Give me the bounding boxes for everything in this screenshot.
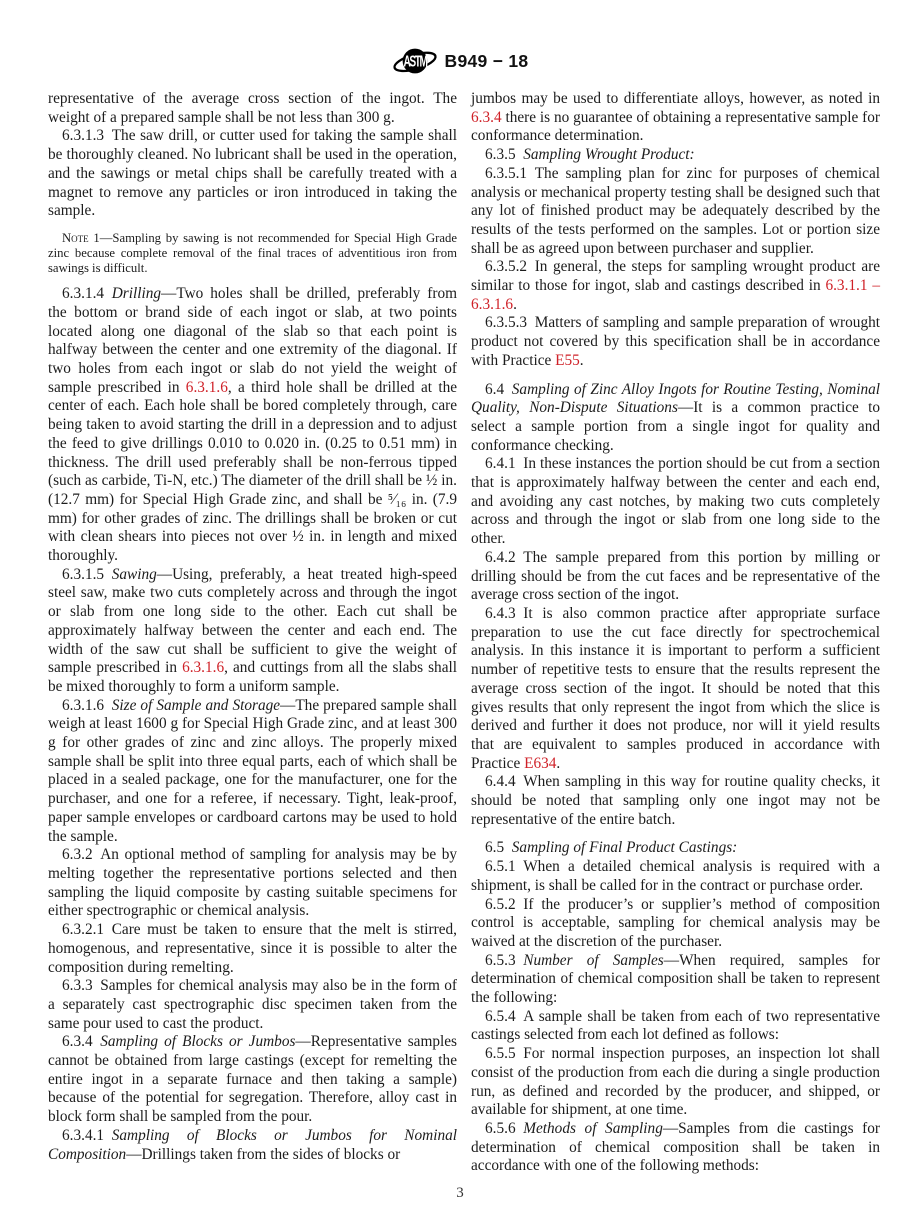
body-text: 6.5	[485, 839, 512, 856]
body-text: 6.5.1 When a detailed chemical analysis …	[471, 858, 880, 894]
paragraph: 6.5.5 For normal inspection purposes, an…	[471, 1045, 880, 1120]
paragraph: 6.3.1.6 Size of Sample and Storage—The p…	[48, 697, 457, 847]
body-text: 6.3.5.3 Matters of sampling and sample p…	[471, 314, 880, 368]
body-text: 6.3.1.5	[62, 566, 112, 583]
cross-reference-link[interactable]: E55	[555, 352, 580, 369]
paragraph: 6.5.3 Number of Samples—When required, s…	[471, 952, 880, 1008]
paragraph: 6.3.4 Sampling of Blocks or Jumbos—Repre…	[48, 1033, 457, 1127]
body-text: —Sampling by sawing is not recommended f…	[48, 231, 457, 275]
section-title-text: Number of Samples	[523, 952, 664, 969]
paragraph: 6.4.4 When sampling in this way for rout…	[471, 773, 880, 829]
section-title-text: Sawing	[112, 566, 157, 583]
paragraph: 6.3.1.3 The saw drill, or cutter used fo…	[48, 127, 457, 221]
body-text: representative of the average cross sect…	[48, 90, 457, 126]
paragraph: 6.3.5 Sampling Wrought Product:	[471, 146, 880, 165]
body-text: Note 1	[62, 231, 100, 245]
section-title-text: Sampling Wrought Product:	[523, 146, 694, 163]
body-text: 6.3.1.3 The saw drill, or cutter used fo…	[48, 127, 457, 219]
paragraph: 6.4.1 In these instances the portion sho…	[471, 455, 880, 549]
body-text: 6.4.3 It is also common practice after a…	[471, 605, 880, 772]
body-text: jumbos may be used to differentiate allo…	[471, 90, 880, 107]
body-text: 6.4.2 The sample prepared from this port…	[471, 549, 880, 603]
body-text: .	[513, 296, 517, 313]
body-text: 6.4.4 When sampling in this way for rout…	[471, 773, 880, 827]
body-text: there is no guarantee of obtaining a rep…	[471, 109, 880, 145]
paragraph: 6.3.2 An optional method of sampling for…	[48, 846, 457, 921]
section-title-text: Sampling of Final Product Castings:	[512, 839, 738, 856]
body-text: 6.5.5 For normal inspection purposes, an…	[471, 1045, 880, 1118]
body-text: 6.3.5.2 In general, the steps for sampli…	[471, 258, 880, 294]
paragraph: 6.4.2 The sample prepared from this port…	[471, 549, 880, 605]
page-header: ASTM B949 − 18	[0, 40, 920, 82]
paragraph: 6.4.3 It is also common practice after a…	[471, 605, 880, 773]
page-number: 3	[0, 1185, 920, 1202]
body-text: 6.3.2 An optional method of sampling for…	[48, 846, 457, 919]
paragraph: 6.3.1.4 Drilling—Two holes shall be dril…	[48, 285, 457, 566]
cross-reference-link[interactable]: 6.3.1.6	[186, 379, 228, 396]
paragraph: 6.3.4.1 Sampling of Blocks or Jumbos for…	[48, 1127, 457, 1164]
cross-reference-link[interactable]: E634	[524, 755, 556, 772]
document-body: representative of the average cross sect…	[48, 90, 880, 1176]
body-text: 6.4	[485, 381, 512, 398]
section-title-text: Methods of Sampling	[523, 1120, 663, 1137]
paragraph: 6.3.5.1 The sampling plan for zinc for p…	[471, 165, 880, 259]
paragraph: jumbos may be used to differentiate allo…	[471, 90, 880, 146]
body-text: 6.3.5	[485, 146, 523, 163]
body-text: 6.5.3	[485, 952, 523, 969]
paragraph: 6.3.1.5 Sawing—Using, preferably, a heat…	[48, 566, 457, 697]
body-text: 6.5.4 A sample shall be taken from each …	[471, 1008, 880, 1044]
paragraph: 6.5.1 When a detailed chemical analysis …	[471, 858, 880, 895]
column-left: representative of the average cross sect…	[48, 90, 457, 1176]
body-text: 6.3.1.6	[62, 697, 112, 714]
body-text: 6.5.6	[485, 1120, 523, 1137]
paragraph: 6.5 Sampling of Final Product Castings:	[471, 839, 880, 858]
body-text: 6.3.2.1 Care must be taken to ensure tha…	[48, 921, 457, 975]
cross-reference-link[interactable]: 6.3.1.6	[182, 659, 224, 676]
body-text: 6.3.4	[62, 1033, 100, 1050]
body-text: 6.4.1 In these instances the portion sho…	[471, 455, 880, 547]
paragraph: 6.5.6 Methods of Sampling—Samples from d…	[471, 1120, 880, 1176]
body-text: 6.5.2 If the producer’s or supplier’s me…	[471, 896, 880, 950]
paragraph: 6.5.2 If the producer’s or supplier’s me…	[471, 896, 880, 952]
body-text: 6.3.4.1	[62, 1127, 112, 1144]
document-page: { "header": { "doc_number": "B949 − 18",…	[0, 0, 920, 1232]
section-title-text: Drilling	[112, 285, 161, 302]
paragraph: 6.3.5.2 In general, the steps for sampli…	[471, 258, 880, 314]
body-text: —The prepared sample shall weigh at leas…	[48, 697, 457, 845]
body-text: .	[556, 755, 560, 772]
paragraph: 6.3.3 Samples for chemical analysis may …	[48, 977, 457, 1033]
column-right: jumbos may be used to differentiate allo…	[471, 90, 880, 1176]
doc-number: B949 − 18	[445, 51, 529, 72]
paragraph: 6.5.4 A sample shall be taken from each …	[471, 1008, 880, 1045]
body-text: 6.3.5.1 The sampling plan for zinc for p…	[471, 165, 880, 257]
section-title-text: Size of Sample and Storage	[112, 697, 280, 714]
body-text: 6.3.1.4	[62, 285, 112, 302]
astm-logo-icon: ASTM	[392, 43, 438, 79]
cross-reference-link[interactable]: 6.3.4	[471, 109, 502, 126]
body-text: —Drillings taken from the sides of block…	[126, 1146, 400, 1163]
note-1: Note 1—Sampling by sawing is not recomme…	[48, 231, 457, 276]
paragraph: 6.3.5.3 Matters of sampling and sample p…	[471, 314, 880, 370]
body-text: , a third hole shall be drilled at the c…	[48, 379, 457, 564]
section-title-text: Sampling of Blocks or Jumbos	[100, 1033, 295, 1050]
paragraph: 6.3.2.1 Care must be taken to ensure tha…	[48, 921, 457, 977]
body-text: .	[580, 352, 584, 369]
paragraph: 6.4 Sampling of Zinc Alloy Ingots for Ro…	[471, 381, 880, 456]
svg-text:ASTM: ASTM	[403, 52, 427, 70]
body-text: 6.3.3 Samples for chemical analysis may …	[48, 977, 457, 1031]
paragraph: representative of the average cross sect…	[48, 90, 457, 127]
